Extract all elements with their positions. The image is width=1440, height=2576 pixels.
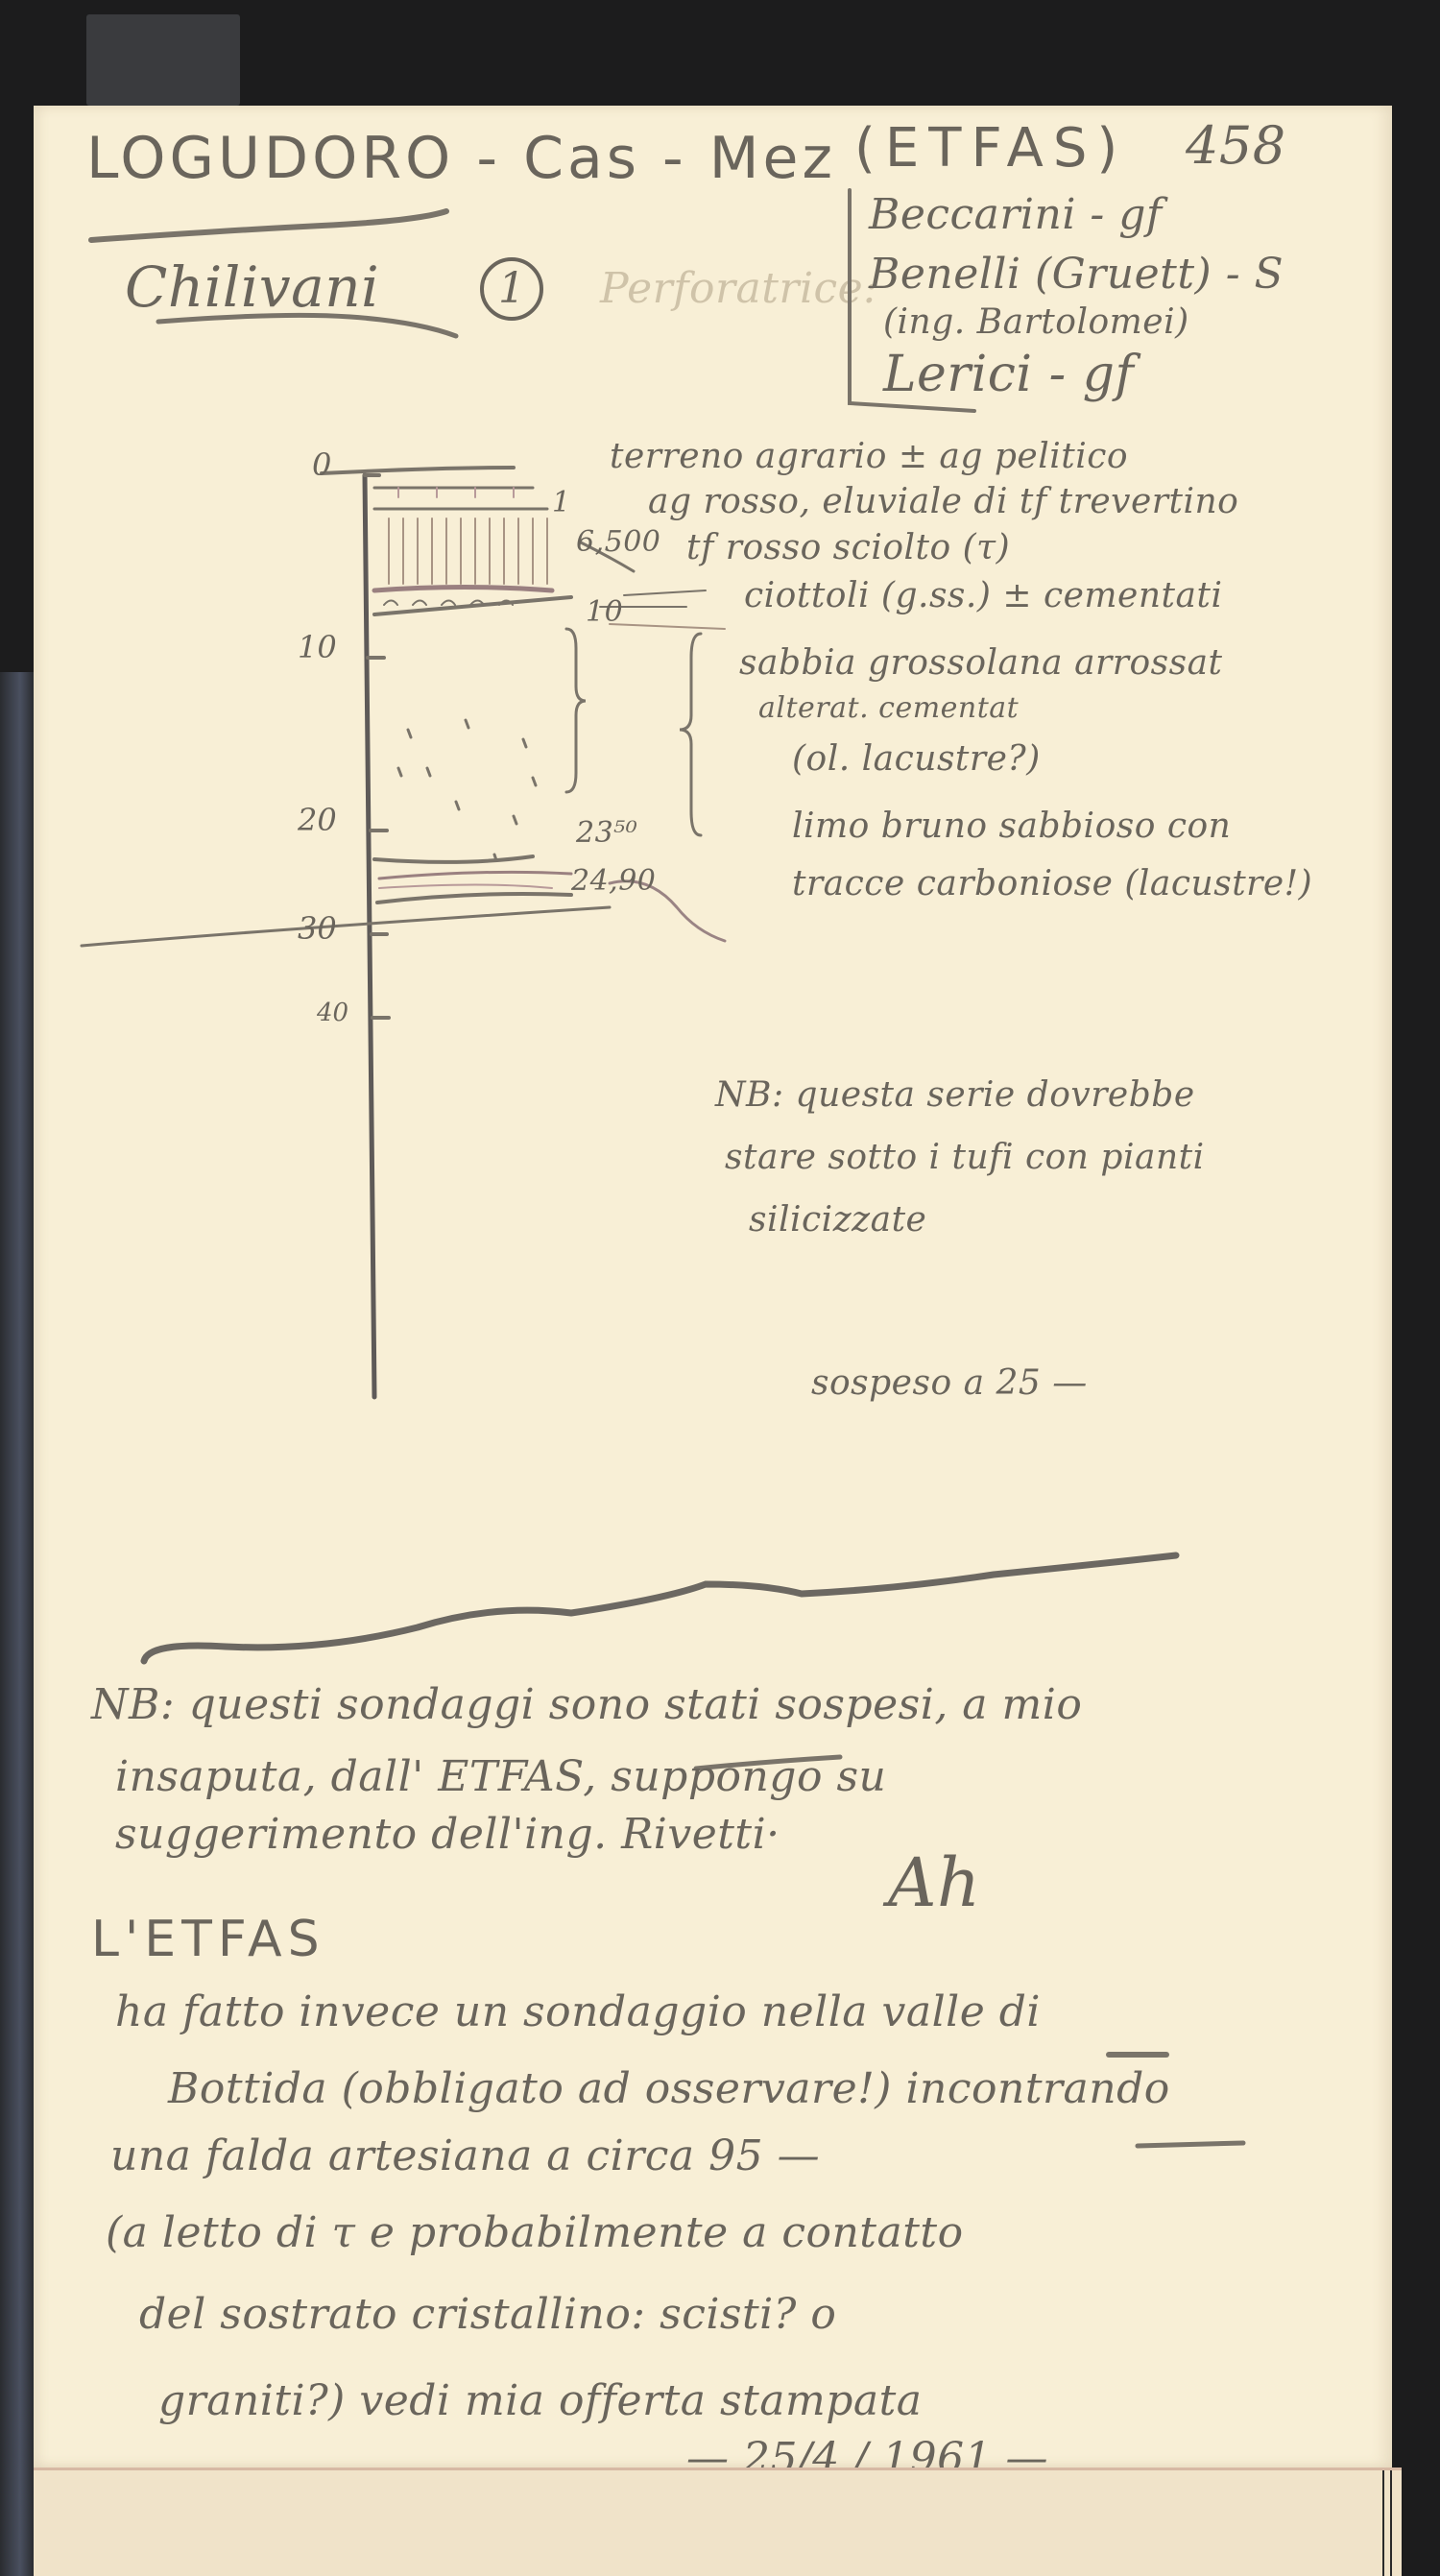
body-line: del sostrato cristallino: scisti? o: [139, 2290, 836, 2339]
etfas-label: L'ETFAS: [91, 1911, 325, 1968]
layer-description: alterat. cementat: [758, 691, 1019, 725]
scanner-background: [86, 14, 240, 106]
depth-tick: 20: [298, 802, 337, 838]
depth-marker: 23⁵⁰: [576, 816, 637, 850]
body-line: ha fatto invece un sondaggio nella valle…: [115, 1987, 1041, 2036]
depth-marker: 10: [586, 595, 623, 629]
depth-marker: 1: [552, 486, 571, 519]
depth-tick: 10: [298, 629, 337, 665]
layer-description: ag rosso, eluviale di tf trevertino: [648, 482, 1238, 521]
body-line: Bottida (obbligato ad osservare!) incont…: [168, 2064, 1170, 2113]
layer-description: sabbia grossolana arrossat: [739, 643, 1223, 683]
note-line: insaputa, dall' ETFAS, suppongo su: [115, 1752, 886, 1801]
depth-marker: 6,500: [576, 525, 660, 559]
layer-description: terreno agrario ± ag pelitico: [610, 437, 1128, 476]
notebook-page: LOGUDORO - Cas - Mez (ETFAS) 458 Chiliva…: [34, 106, 1392, 2468]
signature: Ah: [888, 1843, 981, 1922]
scanner-edge: [0, 672, 34, 2576]
body-line: graniti?) vedi mia offerta stampata: [158, 2376, 923, 2425]
depth-marker: 24,90: [571, 864, 656, 898]
layer-description: ciottoli (g.ss.) ± cementati: [744, 576, 1222, 615]
body-line: (a letto di τ e probabilmente a contatto: [106, 2208, 964, 2257]
stopped-note: sospeso a 25 —: [811, 1363, 1088, 1403]
layer-description: limo bruno sabbioso con: [792, 807, 1231, 846]
depth-tick: 40: [317, 999, 348, 1027]
next-page-edge: [34, 2468, 1402, 2576]
note-line: stare sotto i tufi con pianti: [725, 1138, 1205, 1177]
binding-edge: [1382, 2470, 1392, 2576]
note-line: NB: questa serie dovrebbe: [715, 1075, 1195, 1115]
layer-description: (ol. lacustre?): [792, 739, 1041, 779]
note-line: NB: questi sondaggi sono stati sospesi, …: [91, 1680, 1082, 1729]
note-line: suggerimento dell'ing. Rivetti·: [115, 1810, 780, 1859]
layer-description: tracce carboniose (lacustre!): [792, 864, 1312, 903]
layer-description: tf rosso sciolto (τ): [686, 528, 1010, 567]
note-line: silicizzate: [749, 1200, 926, 1240]
body-line: una falda artesiana a circa 95 —: [110, 2131, 820, 2180]
depth-tick: 0: [312, 446, 331, 483]
depth-tick: 30: [298, 910, 337, 947]
